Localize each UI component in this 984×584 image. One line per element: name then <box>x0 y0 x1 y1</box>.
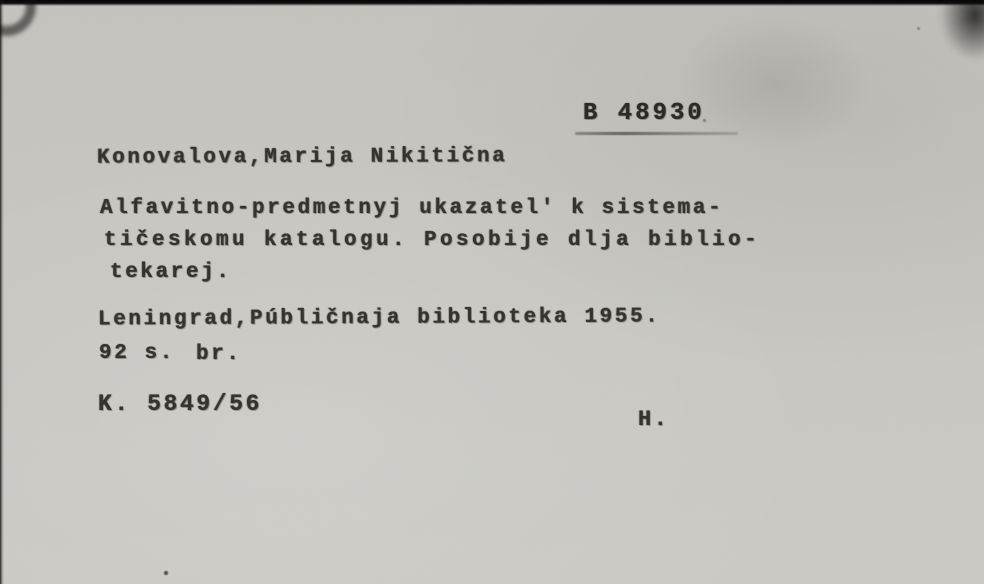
imprint-line: Leningrad,Públičnaja biblioteka 1955. <box>98 306 661 332</box>
scan-corner-shadow-top-right <box>940 0 984 60</box>
paper-speck <box>164 571 168 575</box>
scan-corner-top-left <box>0 0 26 26</box>
binding-note: br. <box>196 343 242 366</box>
catalog-card-scan: B 48930 Konovalova,Marija Nikitična Alfa… <box>0 0 984 584</box>
accession-number: K. 5849/56 <box>98 391 262 417</box>
title-line-1: Alfavitno-predmetnyj ukazatel' k sistema… <box>100 197 723 220</box>
scan-edge-left <box>0 0 4 584</box>
paper-stain <box>680 18 870 148</box>
title-line-3: tekarej. <box>110 261 232 284</box>
title-line-2: tičeskomu katalogu. Posobije dlja biblio… <box>104 229 760 252</box>
collation: 92 s. <box>99 342 175 365</box>
author-line: Konovalova,Marija Nikitična <box>97 145 508 169</box>
paper-speck <box>917 27 920 30</box>
scan-edge-top <box>0 0 984 6</box>
annotation-initial: H. <box>638 407 670 432</box>
call-number: B 48930 <box>583 100 705 127</box>
call-number-underline <box>575 132 738 135</box>
